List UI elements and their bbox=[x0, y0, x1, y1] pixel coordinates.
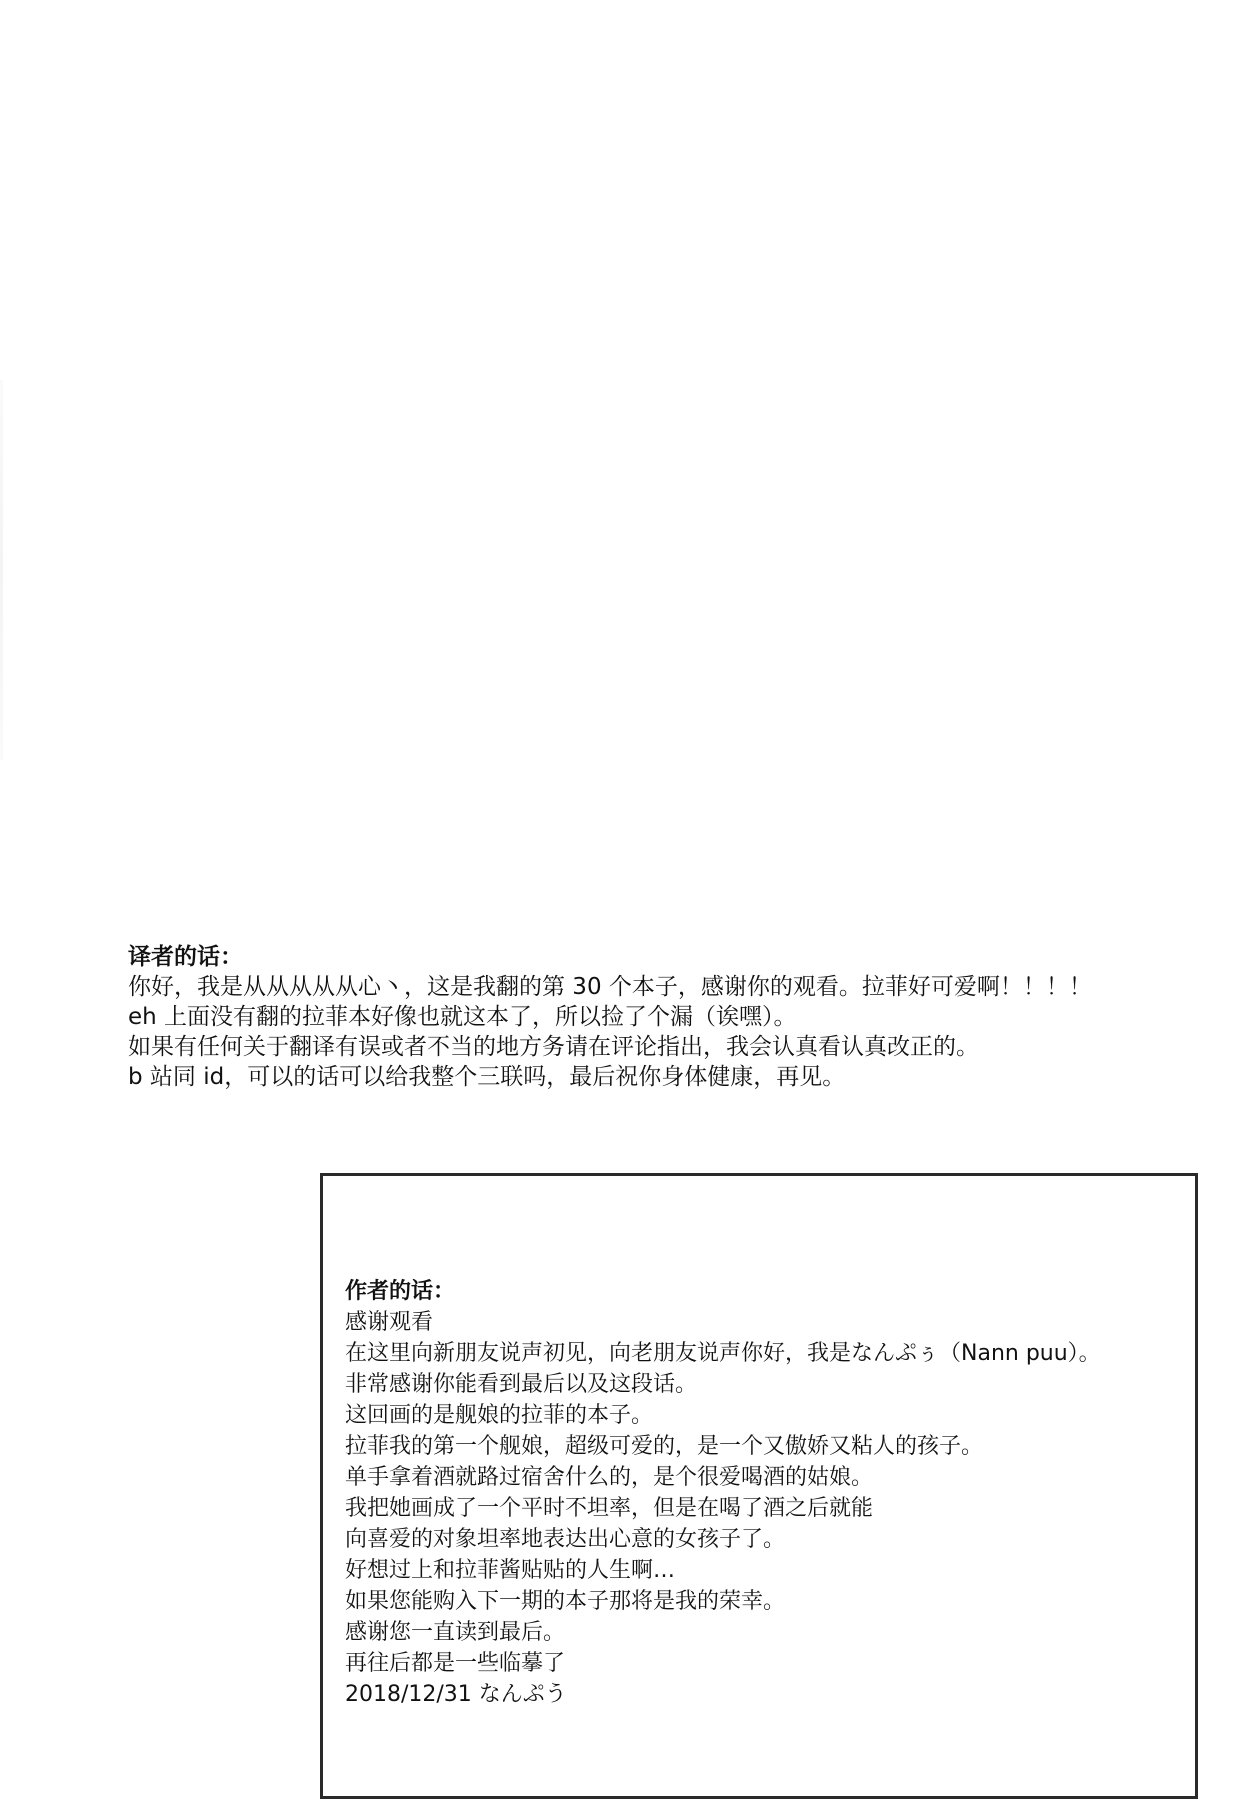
author-note-line: 非常感谢你能看到最后以及这段话。 bbox=[345, 1369, 1185, 1400]
author-note-line: 在这里向新朋友说声初见，向老朋友说声你好，我是なんぷぅ（Nann puu）。 bbox=[345, 1338, 1185, 1369]
author-note-line: 这回画的是舰娘的拉菲的本子。 bbox=[345, 1400, 1185, 1431]
translator-note-line: eh 上面没有翻的拉菲本好像也就这本了，所以捡了个漏（诶嘿）。 bbox=[128, 1002, 1208, 1032]
translator-note-heading: 译者的话： bbox=[128, 942, 1208, 972]
author-note-box: 作者的话： 感谢观看 在这里向新朋友说声初见，向老朋友说声你好，我是なんぷぅ（N… bbox=[320, 1173, 1198, 1799]
author-note-line: 拉菲我的第一个舰娘，超级可爱的，是一个又傲娇又粘人的孩子。 bbox=[345, 1431, 1185, 1462]
author-note-line: 单手拿着酒就路过宿舍什么的，是个很爱喝酒的姑娘。 bbox=[345, 1462, 1185, 1493]
author-note-heading: 作者的话： bbox=[345, 1276, 1185, 1307]
author-note-line: 感谢您一直读到最后。 bbox=[345, 1617, 1185, 1648]
translator-note: 译者的话： 你好，我是从从从从从心丶，这是我翻的第 30 个本子，感谢你的观看。… bbox=[128, 942, 1208, 1092]
author-note-signature: 2018/12/31 なんぷう bbox=[345, 1679, 1185, 1710]
translator-note-line: 如果有任何关于翻译有误或者不当的地方务请在评论指出，我会认真看认真改正的。 bbox=[128, 1032, 1208, 1062]
author-note-line: 再往后都是一些临摹了 bbox=[345, 1648, 1185, 1679]
author-note-line: 如果您能购入下一期的本子那将是我的荣幸。 bbox=[345, 1586, 1185, 1617]
author-note: 作者的话： 感谢观看 在这里向新朋友说声初见，向老朋友说声你好，我是なんぷぅ（N… bbox=[345, 1276, 1185, 1710]
scan-edge-artifact bbox=[0, 380, 3, 760]
translator-note-line: 你好，我是从从从从从心丶，这是我翻的第 30 个本子，感谢你的观看。拉菲好可爱啊… bbox=[128, 972, 1208, 1002]
author-note-line: 好想过上和拉菲酱贴贴的人生啊… bbox=[345, 1555, 1185, 1586]
translator-note-line: b 站同 id，可以的话可以给我整个三联吗，最后祝你身体健康，再见。 bbox=[128, 1062, 1208, 1092]
author-note-line: 我把她画成了一个平时不坦率，但是在喝了酒之后就能 bbox=[345, 1493, 1185, 1524]
author-note-line: 向喜爱的对象坦率地表达出心意的女孩子了。 bbox=[345, 1524, 1185, 1555]
author-note-line: 感谢观看 bbox=[345, 1307, 1185, 1338]
